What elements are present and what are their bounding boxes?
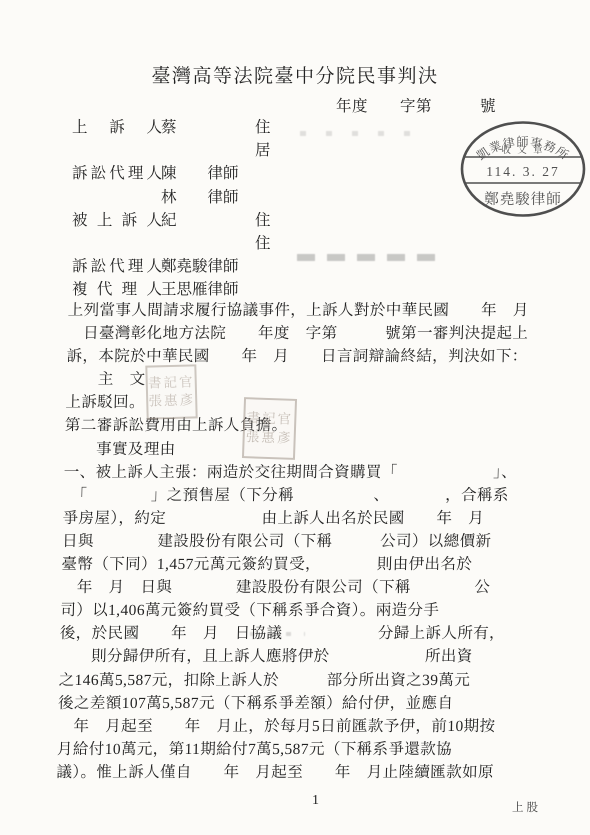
body-line: 後之差額107萬5,587元（下稱系爭差額）給付伊，並應自 [58, 692, 537, 715]
body-line: 月給付10萬元，第11期給付7萬5,587元（下稱系爭還款協 [57, 738, 536, 761]
redacted-smudge [300, 131, 425, 136]
party-name: 鄭堯駿律師 [161, 255, 239, 278]
party-row: 住 [0, 232, 590, 255]
body-line: 主 文 [66, 368, 545, 391]
body-line: 上列當事人間請求履行協議事件，上訴人對於中華民國 年 月 [67, 299, 546, 322]
clerk-seal-name: 張惠彥 [148, 391, 195, 410]
body-line: 日臺灣彰化地方法院 年度 字第 號第一審判決提起上 [67, 322, 546, 345]
stamp-attorney-name: 鄭堯駿律師 [484, 190, 562, 208]
party-address-label: 住 [255, 209, 271, 232]
law-firm-receipt-stamp: 凱業律師事務所 收 文 章 114. 3. 27 鄭堯駿律師 [457, 119, 589, 219]
party-address-label: 住 [255, 232, 271, 255]
page-title: 臺灣高等法院臺中分院民事判決 [0, 61, 590, 88]
clerk-seal-stamp: 書記官 張惠彥 [145, 364, 197, 419]
party-name: 林 律師 [161, 186, 239, 209]
body-line: 議）。惟上訴人僅自 年 月起至 年 月止陸續匯款如原 [56, 761, 535, 784]
body-line: 年 月 日與 建設股份有限公司（下稱 公 [61, 576, 540, 599]
case-number: 年度 字第 號 [336, 94, 496, 116]
body-line: 一、被上訴人主張：兩造於交往期間合資購買「 」、 [63, 461, 542, 484]
body-line: 則分歸伊所有，且上訴人應將伊於 所出資 [59, 645, 538, 668]
party-row: 訴訟代理人 鄭堯駿律師 [0, 255, 590, 278]
party-role-label: 被上訴人 [72, 209, 162, 232]
clerk-seal-stamp: 書記官 張惠彥 [242, 397, 297, 460]
stamp-receipt-label: 收 文 章 [501, 144, 544, 156]
redacted-smudge [297, 254, 447, 261]
page-number: 1 [312, 793, 319, 809]
clerk-seal-title: 書記官 [246, 409, 293, 429]
court-division-label: 上股 [512, 799, 541, 815]
party-address-label: 居 [255, 139, 271, 162]
body-line: 事實及理由 [64, 438, 543, 461]
body-line: 年 月起至 年 月止，於每月5日前匯款予伊，前10期按 [57, 715, 536, 738]
party-name: 紀 [161, 209, 177, 232]
body-line: 後，於民國 年 月 日協議 分歸上訴人所有， [60, 622, 539, 645]
body-line: 之146萬5,587元，扣除上訴人於 部分所出資之39萬元 [58, 669, 537, 692]
judgment-page: 臺灣高等法院臺中分院民事判決 年度 字第 號 上訴人 蔡 住 居 訴訟代理人 陳… [0, 0, 590, 835]
party-name: 蔡 [161, 116, 177, 139]
party-name: 陳 律師 [161, 162, 239, 185]
body-line: 司）以1,406萬元簽約買受（下稱系爭合資）。兩造分手 [60, 599, 539, 622]
party-role-label: 上訴人 [72, 116, 162, 139]
body-line: 臺幣（下同）1,457元萬元簽約買受， 則由伊出名於 [61, 553, 540, 576]
clerk-seal-title: 書記官 [148, 373, 195, 392]
party-role-label: 訴訟代理人 [72, 162, 162, 185]
party-role-label: 訴訟代理人 [72, 255, 162, 278]
body-line: 「 」之預售屋（下分稱 、 ，合稱系 [63, 484, 542, 507]
body-line: 第二審訴訟費用由上訴人負擔。 [65, 414, 544, 437]
clerk-seal-name: 張惠彥 [246, 428, 293, 448]
judgment-body: 上列當事人間請求履行協議事件，上訴人對於中華民國 年 月 日臺灣彰化地方法院 年… [56, 299, 546, 784]
body-line: 爭房屋），約定 由上訴人出名於民國 年 月 [62, 507, 541, 530]
body-line: 訴，本院於中華民國 年 月 日言詞辯論終結，判決如下： [66, 345, 545, 368]
party-address-label: 住 [255, 116, 271, 139]
stamp-date: 114. 3. 27 [486, 164, 560, 179]
body-line: 上訴駁回。 [65, 391, 544, 414]
body-line: 日與 建設股份有限公司（下稱 公司）以總價新 [62, 530, 541, 553]
